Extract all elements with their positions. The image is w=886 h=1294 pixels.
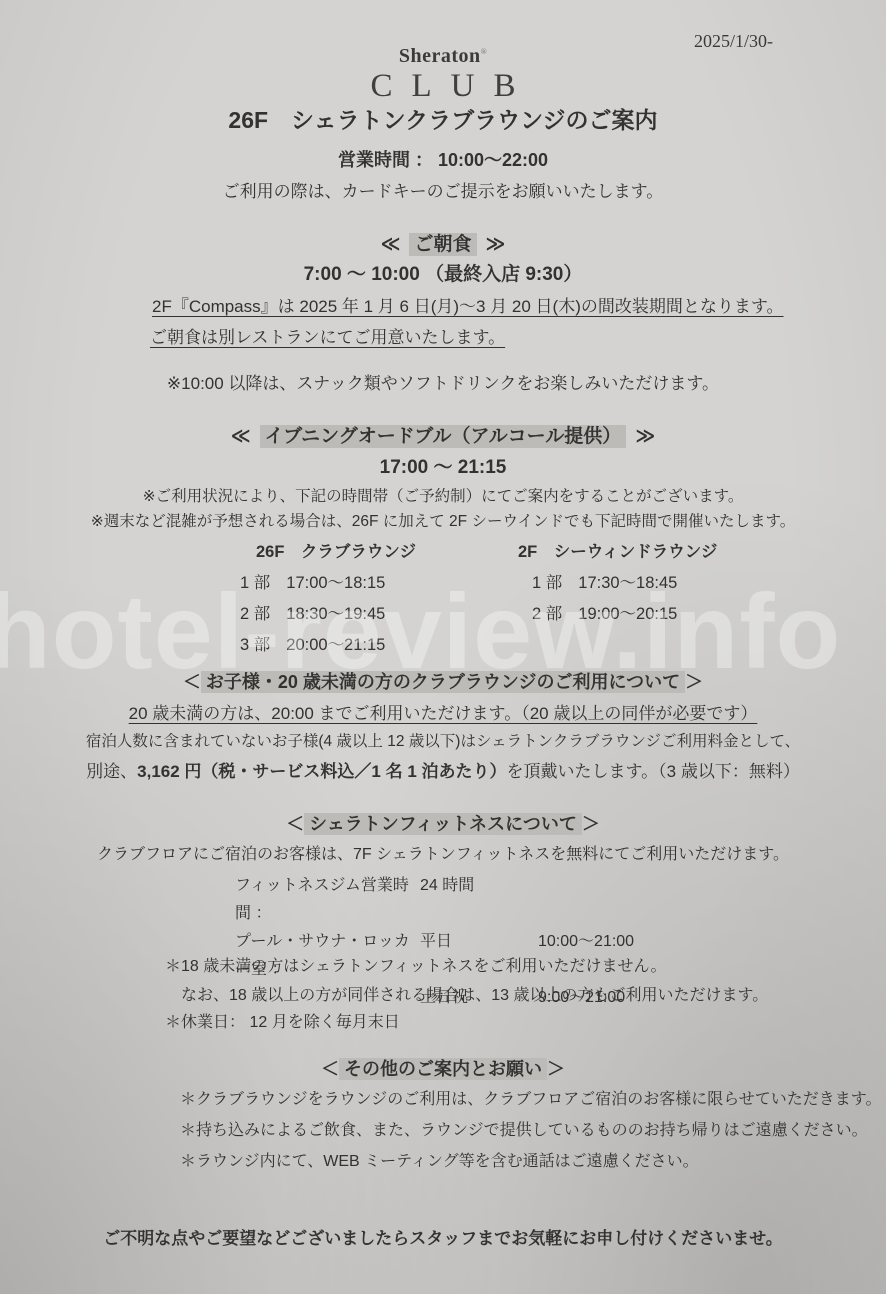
evening-reservation-note: ※ご利用状況により、下記の時間帯（ご予約制）にてご案内をすることがございます。	[0, 487, 886, 506]
other-note: ＊ラウンジ内にて、WEB ミーティング等を含む通話はご遠慮ください。	[180, 1152, 699, 1172]
page-title: 26F シェラトンクラブラウンジのご案内	[0, 106, 886, 135]
bracket-open: ＜	[183, 672, 201, 692]
fitness-note-closed: ＊休業日： 12 月を除く毎月末日	[165, 1013, 400, 1033]
bracket-open: ＜	[286, 814, 304, 834]
club-lounge-session-row: 3 部 20:00～21:15	[240, 631, 416, 662]
children-heading-text: お子様・20 歳未満の方のクラブラウンジのご利用について	[201, 671, 685, 693]
bracket-open: ≪	[231, 426, 251, 447]
club-lounge-name: 26F クラブラウンジ	[256, 538, 416, 569]
other-heading-text: その他のご案内とお願い	[339, 1058, 547, 1080]
session-time: 19:00～20:15	[578, 600, 677, 624]
cardkey-note: ご利用の際は、カードキーのご提示をお願いいたします。	[0, 181, 886, 202]
children-fee-line2: 別途、3,162 円（税・サービス料込／1 名 1 泊あたり）を頂戴いたします。…	[0, 761, 886, 782]
session-time: 17:00～18:15	[286, 569, 385, 593]
breakfast-alt-restaurant-note: ご朝食は別レストランにてご用意いたします。	[150, 327, 505, 348]
gym-hours-value: 24 時間	[420, 872, 538, 928]
bracket-close: ≫	[635, 426, 655, 447]
evening-heading: ≪イブニングオードブル（アルコール提供）≫	[0, 425, 886, 449]
seawind-lounge-name: 2F シーウィンドラウンジ	[518, 538, 717, 569]
fitness-heading: ＜シェラトンフィットネスについて＞	[0, 813, 886, 836]
brand-club-wordmark: CLUB	[0, 66, 886, 107]
fitness-intro: クラブフロアにご宿泊のお客様は、7F シェラトンフィットネスを無料にてご利用いた…	[0, 845, 886, 865]
scanned-notice-page: 2025/1/30- Sheraton® CLUB 26F シェラトンクラブラウ…	[0, 0, 886, 1294]
seawind-lounge-schedule: 2F シーウィンドラウンジ 1 部 17:30～18:45 2 部 19:00～…	[518, 538, 717, 631]
other-heading: ＜その他のご案内とお願い＞	[0, 1058, 886, 1081]
bracket-close: ＞	[582, 814, 600, 834]
session-time: 18:30～19:45	[286, 600, 385, 624]
breakfast-renovation-note: 2F『Compass』は 2025 年 1 月 6 日(月)～3 月 20 日(…	[152, 296, 784, 317]
fee-suffix: を頂戴いたします。（3 歳以下：無料）	[507, 762, 800, 781]
children-fee-line1: 宿泊人数に含まれていないお子様(4 歳以上 12 歳以下)はシェラトンクラブラウ…	[0, 732, 886, 751]
bracket-close: ≫	[486, 234, 506, 255]
club-lounge-schedule: 26F クラブラウンジ 1 部 17:00～18:15 2 部 18:30～19…	[240, 538, 416, 662]
bracket-open: ＜	[321, 1059, 339, 1079]
evening-heading-text: イブニングオードブル（アルコール提供）	[260, 425, 627, 448]
registered-mark: ®	[481, 47, 487, 56]
breakfast-heading-text: ご朝食	[409, 233, 476, 256]
club-lounge-session-row: 2 部 18:30～19:45	[240, 600, 416, 631]
session-time: 20:00～21:15	[286, 631, 385, 655]
session-label: 2 部	[532, 600, 562, 624]
children-heading: ＜お子様・20 歳未満の方のクラブラウンジのご利用について＞	[0, 671, 886, 694]
session-label: 2 部	[240, 600, 270, 624]
brand-name: Sheraton	[399, 45, 481, 67]
gym-hours-label: フィットネスジム営業時間 ：	[235, 872, 420, 928]
opening-hours: 営業時間 ： 10:00～22:00	[0, 149, 886, 172]
other-note: ＊クラブラウンジをラウンジのご利用は、クラブフロアご宿泊のお客様に限らせていただ…	[180, 1090, 881, 1110]
session-label: 1 部	[532, 569, 562, 593]
fitness-note-age: ＊18 歳未満の方はシェラトンフィットネスをご利用いただけません。	[165, 957, 666, 977]
session-time: 17:30～18:45	[578, 569, 677, 593]
evening-weekend-note: ※週末など混雑が予想される場合は、26F に加えて 2F シーウインドでも下記時…	[0, 512, 886, 531]
session-label: 1 部	[240, 569, 270, 593]
breakfast-snack-note: ※10:00 以降は、スナック類やソフトドリンクをお楽しみいただけます。	[0, 373, 886, 394]
children-age-rule: 20 歳未満の方は、20:00 までご利用いただけます。（20 歳以上の同伴が必…	[0, 703, 886, 724]
seawind-lounge-session-row: 2 部 19:00～20:15	[532, 600, 717, 631]
bracket-close: ＞	[685, 672, 703, 692]
fee-amount: 3,162 円（税・サービス料込／1 名 1 泊あたり）	[137, 762, 506, 781]
bracket-close: ＞	[547, 1059, 565, 1079]
fitness-heading-text: シェラトンフィットネスについて	[304, 813, 582, 835]
evening-time: 17:00 ～ 21:15	[0, 456, 886, 480]
club-lounge-session-row: 1 部 17:00～18:15	[240, 569, 416, 600]
fee-prefix: 別途、	[86, 762, 137, 781]
session-label: 3 部	[240, 631, 270, 655]
seawind-lounge-session-row: 1 部 17:30～18:45	[532, 569, 717, 600]
fitness-note-accompany: なお、18 歳以上の方が同伴される場合は、13 歳以上の方もご利用いただけます。	[181, 986, 768, 1006]
bracket-open: ≪	[381, 234, 401, 255]
breakfast-time: 7:00 ～ 10:00 （最終入店 9:30）	[0, 263, 886, 287]
other-note: ＊持ち込みによるご飲食、また、ラウンジで提供しているもののお持ち帰りはご遠慮くだ…	[180, 1121, 868, 1141]
breakfast-heading: ≪ご朝食≫	[0, 233, 886, 257]
footer-message: ご不明な点やご要望などございましたらスタッフまでお気軽にお申し付けくださいませ。	[0, 1228, 886, 1249]
